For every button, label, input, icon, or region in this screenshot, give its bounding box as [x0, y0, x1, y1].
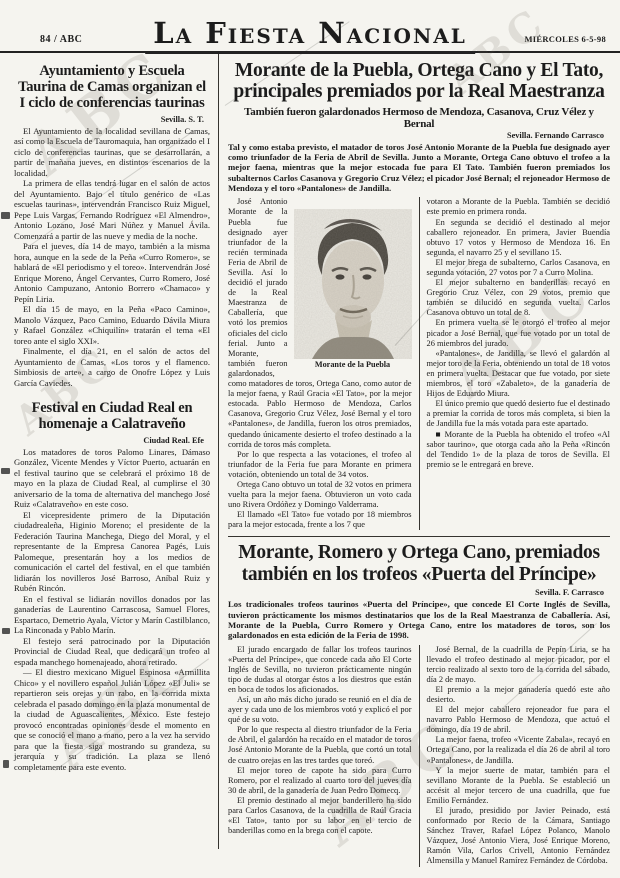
page-content: Ayuntamiento y Escuela Taurina de Camas …: [0, 53, 620, 849]
morante-photo: Morante de la Puebla: [294, 209, 412, 369]
article-camas-conferencias: Ayuntamiento y Escuela Taurina de Camas …: [14, 63, 210, 388]
article-byline: Sevilla. F. Carrasco: [228, 588, 604, 597]
paragraph: El mejor brega de subalterno, Carlos Cas…: [427, 258, 611, 278]
article-title: Festival en Ciudad Real en homenaje a Ca…: [14, 400, 210, 432]
paragraph: Los matadores de toros Palomo Linares, D…: [14, 447, 210, 510]
article-column-right: José Bernal, de la cuadrilla de Pepín Li…: [420, 645, 611, 867]
scan-artifact: [2, 628, 10, 634]
paragraph: El único premio que quedó desierto fue e…: [427, 399, 611, 429]
paragraph: El día 15 de mayo, en la Peña «Paco Cami…: [14, 304, 210, 346]
section-title: La Fiesta Nacional: [145, 19, 475, 54]
article-body: Los matadores de toros Palomo Linares, D…: [14, 447, 210, 773]
article-columns: El jurado encargado de fallar los trofeo…: [228, 645, 610, 867]
paragraph: El mejor toreo de capote ha sido para Cu…: [228, 766, 412, 796]
paragraph: Para el jueves, día 14 de mayo, también …: [14, 241, 210, 304]
article-lead: Tal y como estaba previsto, el matador d…: [228, 142, 610, 193]
article-byline: Sevilla. S. T.: [14, 115, 204, 124]
page-number: 84 / ABC: [40, 34, 82, 47]
paragraph: El vicepresidente primero de la Diputaci…: [14, 510, 210, 594]
article-title: Ayuntamiento y Escuela Taurina de Camas …: [14, 63, 210, 112]
article-columns: Morante de la Puebla José Antonio Morant…: [228, 197, 610, 530]
paragraph: Así, un año más dicho jurado se reunió e…: [228, 695, 412, 725]
paragraph: En segunda se decidió el destinado al me…: [427, 218, 611, 258]
left-column: Ayuntamiento y Escuela Taurina de Camas …: [0, 53, 218, 849]
paragraph: El jurado, presidido por Javier Peinado,…: [427, 806, 611, 867]
newspaper-page: ABC ABC ABC ABC ABC ABC 84 / ABC La Fies…: [0, 0, 620, 878]
paragraph: El mejor subalterno en banderillas recay…: [427, 278, 611, 318]
paragraph: Por lo que respecta al diestro triunfado…: [228, 725, 412, 765]
article-byline: Sevilla. Fernando Carrasco: [228, 131, 604, 140]
paragraph: La primera de ellas tendrá lugar en el s…: [14, 178, 210, 241]
paragraph: El festejo será patrocinado por la Diput…: [14, 636, 210, 668]
article-column-left: Morante de la Puebla José Antonio Morant…: [228, 197, 419, 530]
paragraph: Por lo que respecta a las votaciones, el…: [228, 450, 412, 480]
paragraph: En el festival se lidiarán novillos dona…: [14, 594, 210, 636]
page-header: 84 / ABC La Fiesta Nacional MIÉRCOLES 6-…: [0, 0, 620, 53]
photo-caption: Morante de la Puebla: [294, 360, 412, 369]
paragraph: Y la mejor suerte de matar, también para…: [427, 766, 611, 806]
article-body: El Ayuntamiento de la localidad sevillan…: [14, 126, 210, 389]
article-column-left: El jurado encargado de fallar los trofeo…: [228, 645, 419, 867]
paragraph: En primera vuelta se le otorgó el trofeo…: [427, 318, 611, 348]
paragraph: El Ayuntamiento de la localidad sevillan…: [14, 126, 210, 179]
paragraph: José Bernal, de la cuadrilla de Pepín Li…: [427, 645, 611, 685]
second-headline: Morante, Romero y Ortega Cano, premiados…: [228, 542, 610, 585]
scan-artifact: [3, 760, 9, 768]
paragraph: Finalmente, el día 21, en el salón de ac…: [14, 346, 210, 388]
paragraph: «Pantalones», de Jandilla, se llevó el g…: [427, 349, 611, 399]
paragraph: El premio a la mejor ganadería quedó est…: [427, 685, 611, 705]
article-festival-ciudad-real: Festival en Ciudad Real en homenaje a Ca…: [14, 400, 210, 772]
portrait-illustration: [294, 209, 412, 359]
paragraph: El del mejor caballero rejoneador fue pa…: [427, 705, 611, 735]
paragraph: La mejor faena, trofeo «Vicente Zabala»,…: [427, 735, 611, 765]
page-date: MIÉRCOLES 6-5-98: [524, 34, 606, 47]
paragraph: ■ Morante de la Puebla ha obtenido el tr…: [427, 430, 611, 470]
paragraph: votaron a Morante de la Puebla. También …: [427, 197, 611, 217]
paragraph: El premio destinado al mejor banderiller…: [228, 796, 412, 836]
paragraph: — El diestro mexicano Miguel Espinosa «A…: [14, 667, 210, 772]
paragraph: Ortega Cano obtuvo un total de 32 votos …: [228, 480, 412, 510]
article-column-right: votaron a Morante de la Puebla. También …: [420, 197, 611, 530]
main-headline: Morante de la Puebla, Ortega Cano y El T…: [228, 60, 610, 103]
paragraph: El jurado encargado de fallar los trofeo…: [228, 645, 412, 695]
paragraph: El llamado «El Tato» fue votado por 18 m…: [228, 510, 412, 530]
scan-artifact: [1, 212, 10, 219]
main-column: Morante de la Puebla, Ortega Cano y El T…: [219, 53, 620, 849]
article-lead: Los tradicionales trofeos taurinos «Puer…: [228, 599, 610, 640]
scan-artifact: [1, 468, 10, 474]
article-puerta-del-principe: Morante, Romero y Ortega Cano, premiados…: [228, 536, 610, 866]
article-byline: Ciudad Real. Efe: [14, 436, 204, 445]
main-subheadline: También fueron galardonados Hermoso de M…: [228, 106, 610, 130]
article-real-maestranza: Morante de la Puebla, Ortega Cano y El T…: [228, 60, 610, 530]
